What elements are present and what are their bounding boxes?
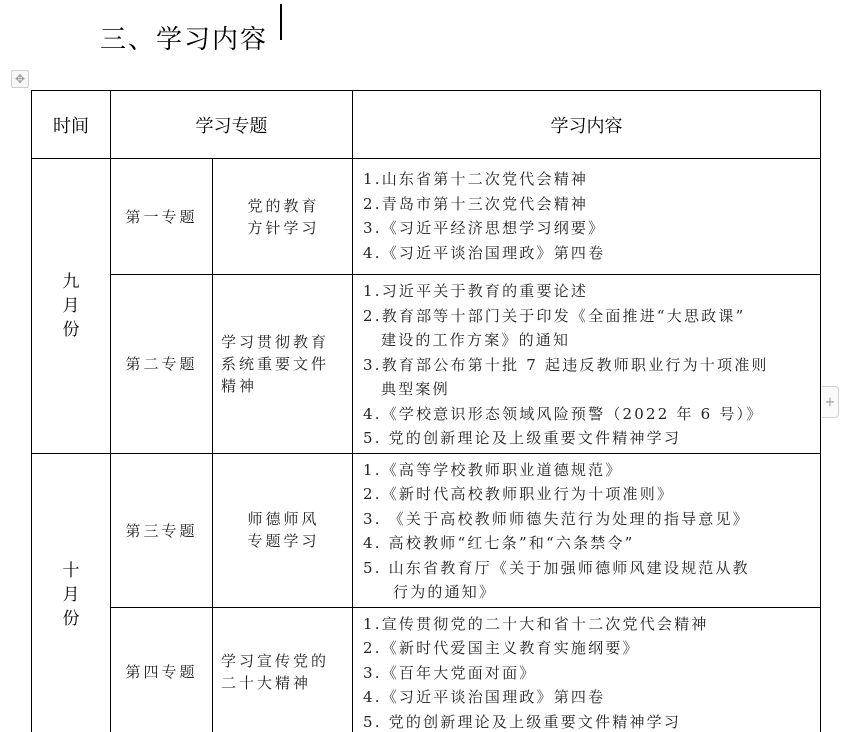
content-item: 2.《新时代高校教师职业行为十项准则》 bbox=[363, 482, 814, 507]
topic-subject: 师德师风 专题学习 bbox=[213, 453, 353, 607]
topic-subject: 学习贯彻教育 系统重要文件 精神 bbox=[213, 275, 353, 454]
content-item: 4.《学校意识形态领域风险预警（2022 年 6 号）》 bbox=[363, 402, 814, 427]
content-item: 5. 山东省教育厅《关于加强师德师风建设规范从教 bbox=[363, 556, 814, 581]
topic-label: 第二专题 bbox=[111, 275, 213, 454]
header-topic: 学习专题 bbox=[111, 91, 353, 159]
study-plan-table: 时间 学习专题 学习内容 九 月 份 第一专题 党的教育 方针学习 1.山东省第… bbox=[31, 90, 821, 732]
table-row: 十 月 份 第三专题 师德师风 专题学习 1.《高等学校教师职业道德规范》 2.… bbox=[32, 453, 821, 607]
topic-subject: 学习宣传党的 二十大精神 bbox=[213, 607, 353, 732]
header-time: 时间 bbox=[32, 91, 111, 159]
month-cell-september: 九 月 份 bbox=[32, 159, 111, 454]
content-item: 3. 《关于高校教师师德失范行为处理的指导意见》 bbox=[363, 507, 814, 532]
content-item: 5. 党的创新理论及上级重要文件精神学习 bbox=[363, 426, 814, 451]
content-item-continued: 建设的工作方案》的通知 bbox=[363, 328, 814, 353]
content-cell: 1.山东省第十二次党代会精神 2.青岛市第十三次党代会精神 3.《习近平经济思想… bbox=[353, 159, 821, 275]
content-item: 2.青岛市第十三次党代会精神 bbox=[363, 192, 814, 217]
content-cell: 1.习近平关于教育的重要论述 2.教育部等十部门关于印发《全面推进“大思政课” … bbox=[353, 275, 821, 454]
table-row: 第四专题 学习宣传党的 二十大精神 1.宣传贯彻党的二十大和省十二次党代会精神 … bbox=[32, 607, 821, 732]
section-heading: 三、学习内容 bbox=[100, 23, 268, 57]
topic-label: 第三专题 bbox=[111, 453, 213, 607]
table-header-row: 时间 学习专题 学习内容 bbox=[32, 91, 821, 159]
content-item-continued: 典型案例 bbox=[363, 377, 814, 402]
content-item: 4. 高校教师“红七条”和“六条禁令” bbox=[363, 531, 814, 556]
content-item: 1.《高等学校教师职业道德规范》 bbox=[363, 458, 814, 483]
add-column-button[interactable]: + bbox=[822, 386, 839, 418]
table-row: 第二专题 学习贯彻教育 系统重要文件 精神 1.习近平关于教育的重要论述 2.教… bbox=[32, 275, 821, 454]
text-cursor bbox=[280, 4, 282, 40]
content-item: 3.《习近平经济思想学习纲要》 bbox=[363, 216, 814, 241]
topic-label: 第四专题 bbox=[111, 607, 213, 732]
header-content: 学习内容 bbox=[353, 91, 821, 159]
content-item: 5. 党的创新理论及上级重要文件精神学习 bbox=[363, 710, 814, 732]
plus-icon: + bbox=[825, 395, 836, 410]
table-row: 九 月 份 第一专题 党的教育 方针学习 1.山东省第十二次党代会精神 2.青岛… bbox=[32, 159, 821, 275]
content-item-continued: 行为的通知》 bbox=[363, 580, 814, 605]
content-cell: 1.《高等学校教师职业道德规范》 2.《新时代高校教师职业行为十项准则》 3. … bbox=[353, 453, 821, 607]
topic-label: 第一专题 bbox=[111, 159, 213, 275]
content-item: 3.教育部公布第十批 7 起违反教师职业行为十项准则 bbox=[363, 353, 814, 378]
content-cell: 1.宣传贯彻党的二十大和省十二次党代会精神 2.《新时代爱国主义教育实施纲要》 … bbox=[353, 607, 821, 732]
table-move-handle[interactable]: ✥ bbox=[11, 70, 29, 88]
content-item: 4.《习近平谈治国理政》第四卷 bbox=[363, 241, 814, 266]
content-item: 2.教育部等十部门关于印发《全面推进“大思政课” bbox=[363, 304, 814, 329]
content-item: 3.《百年大党面对面》 bbox=[363, 661, 814, 686]
content-item: 1.习近平关于教育的重要论述 bbox=[363, 279, 814, 304]
content-item: 4.《习近平谈治国理政》第四卷 bbox=[363, 685, 814, 710]
month-cell-october: 十 月 份 bbox=[32, 453, 111, 732]
move-icon: ✥ bbox=[15, 72, 25, 86]
content-item: 1.宣传贯彻党的二十大和省十二次党代会精神 bbox=[363, 612, 814, 637]
content-item: 1.山东省第十二次党代会精神 bbox=[363, 167, 814, 192]
topic-subject: 党的教育 方针学习 bbox=[213, 159, 353, 275]
content-item: 2.《新时代爱国主义教育实施纲要》 bbox=[363, 636, 814, 661]
